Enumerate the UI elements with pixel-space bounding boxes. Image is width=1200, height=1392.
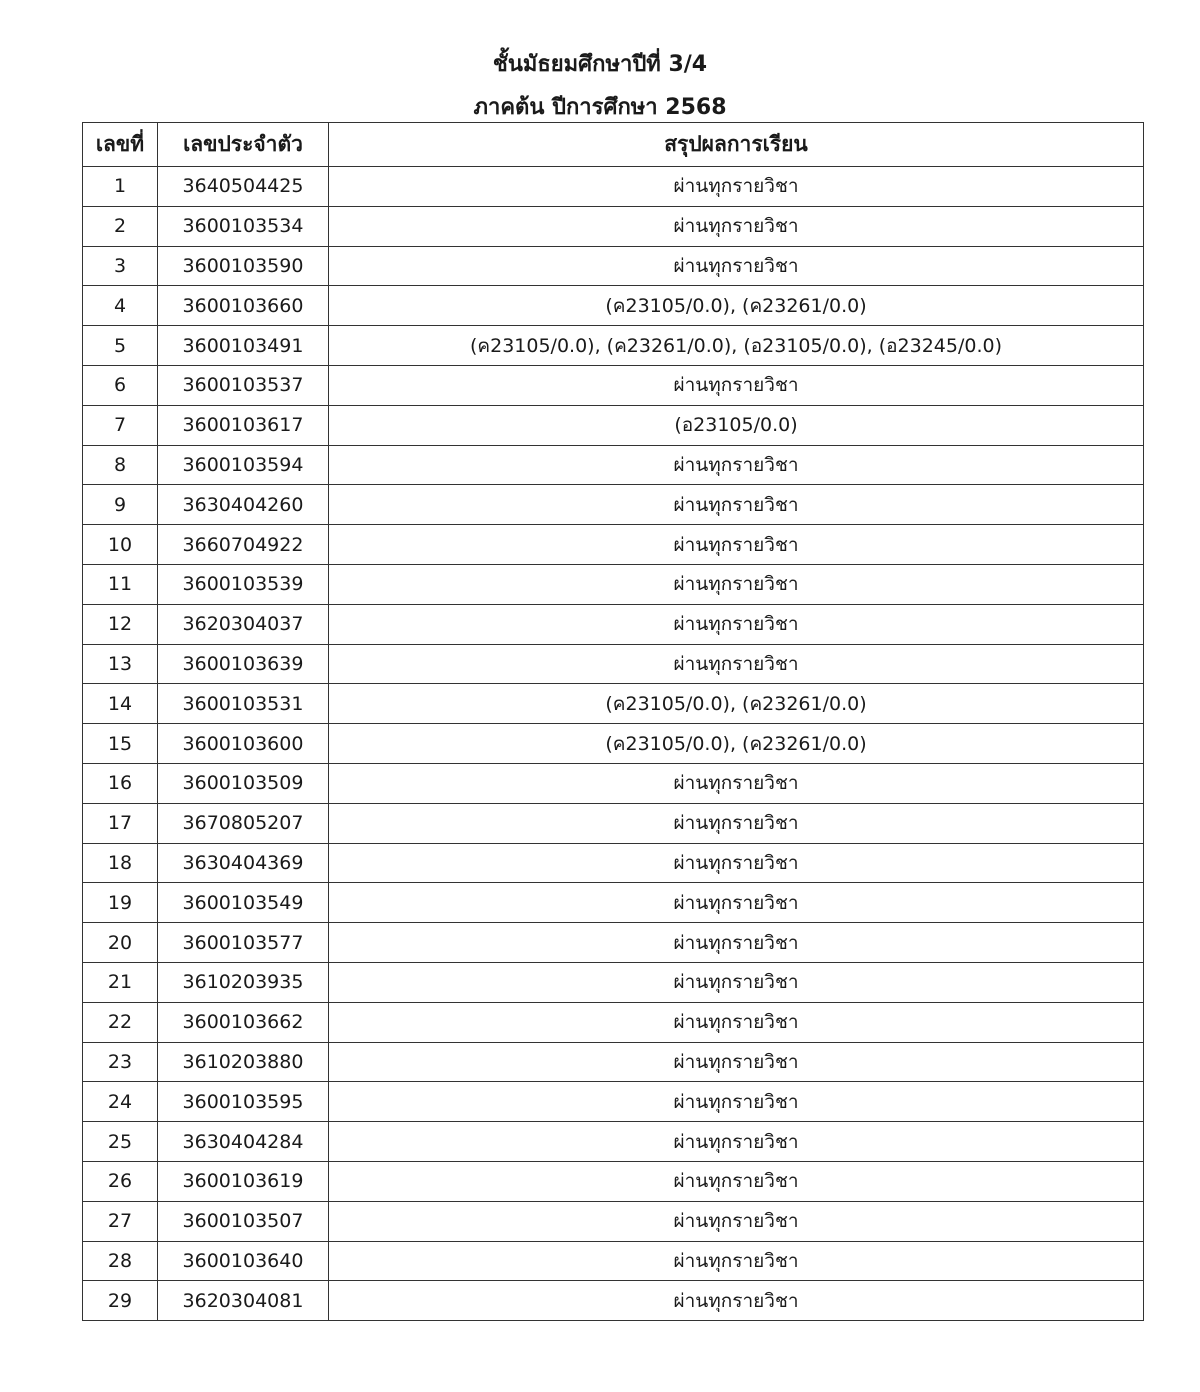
table-row: 203600103577ผ่านทุกรายวิชา	[83, 923, 1144, 963]
table-row: 113600103539ผ่านทุกรายวิชา	[83, 564, 1144, 604]
cell-number: 14	[83, 684, 158, 724]
table-row: 73600103617(อ23105/0.0)	[83, 405, 1144, 445]
cell-number: 27	[83, 1201, 158, 1241]
cell-number: 15	[83, 724, 158, 764]
cell-student-id: 3610203880	[158, 1042, 329, 1082]
cell-result-summary: ผ่านทุกรายวิชา	[329, 923, 1144, 963]
cell-number: 21	[83, 962, 158, 1002]
cell-student-id: 3630404369	[158, 843, 329, 883]
cell-student-id: 3640504425	[158, 167, 329, 207]
cell-student-id: 3600103662	[158, 1002, 329, 1042]
cell-student-id: 3670805207	[158, 803, 329, 843]
cell-student-id: 3600103491	[158, 326, 329, 366]
cell-result-summary: ผ่านทุกรายวิชา	[329, 803, 1144, 843]
cell-result-summary: ผ่านทุกรายวิชา	[329, 525, 1144, 565]
cell-student-id: 3600103594	[158, 445, 329, 485]
cell-number: 24	[83, 1082, 158, 1122]
cell-number: 7	[83, 405, 158, 445]
cell-result-summary: ผ่านทุกรายวิชา	[329, 1241, 1144, 1281]
cell-number: 9	[83, 485, 158, 525]
cell-number: 20	[83, 923, 158, 963]
table-row: 43600103660(ค23105/0.0), (ค23261/0.0)	[83, 286, 1144, 326]
cell-number: 12	[83, 604, 158, 644]
cell-student-id: 3600103639	[158, 644, 329, 684]
table-row: 183630404369ผ่านทุกรายวิชา	[83, 843, 1144, 883]
table-row: 223600103662ผ่านทุกรายวิชา	[83, 1002, 1144, 1042]
cell-result-summary: (อ23105/0.0)	[329, 405, 1144, 445]
cell-result-summary: ผ่านทุกรายวิชา	[329, 763, 1144, 803]
table-row: 253630404284ผ่านทุกรายวิชา	[83, 1122, 1144, 1162]
cell-result-summary: (ค23105/0.0), (ค23261/0.0)	[329, 684, 1144, 724]
cell-student-id: 3630404260	[158, 485, 329, 525]
cell-number: 29	[83, 1281, 158, 1321]
cell-student-id: 3600103590	[158, 246, 329, 286]
table-row: 273600103507ผ่านทุกรายวิชา	[83, 1201, 1144, 1241]
cell-number: 6	[83, 365, 158, 405]
cell-result-summary: ผ่านทุกรายวิชา	[329, 1201, 1144, 1241]
cell-result-summary: ผ่านทุกรายวิชา	[329, 1281, 1144, 1321]
table-row: 103660704922ผ่านทุกรายวิชา	[83, 525, 1144, 565]
table-row: 173670805207ผ่านทุกรายวิชา	[83, 803, 1144, 843]
cell-result-summary: ผ่านทุกรายวิชา	[329, 206, 1144, 246]
table-row: 293620304081ผ่านทุกรายวิชา	[83, 1281, 1144, 1321]
cell-result-summary: (ค23105/0.0), (ค23261/0.0)	[329, 724, 1144, 764]
cell-student-id: 3600103595	[158, 1082, 329, 1122]
cell-student-id: 3600103617	[158, 405, 329, 445]
header-student-id: เลขประจำตัว	[158, 123, 329, 167]
table-row: 123620304037ผ่านทุกรายวิชา	[83, 604, 1144, 644]
cell-result-summary: ผ่านทุกรายวิชา	[329, 843, 1144, 883]
cell-number: 10	[83, 525, 158, 565]
table-row: 93630404260ผ่านทุกรายวิชา	[83, 485, 1144, 525]
cell-result-summary: ผ่านทุกรายวิชา	[329, 485, 1144, 525]
table-row: 133600103639ผ่านทุกรายวิชา	[83, 644, 1144, 684]
cell-student-id: 3660704922	[158, 525, 329, 565]
cell-result-summary: ผ่านทุกรายวิชา	[329, 445, 1144, 485]
cell-student-id: 3630404284	[158, 1122, 329, 1162]
table-row: 53600103491(ค23105/0.0), (ค23261/0.0), (…	[83, 326, 1144, 366]
document-subtitle: ภาคต้น ปีการศึกษา 2568	[0, 89, 1200, 124]
cell-number: 23	[83, 1042, 158, 1082]
document-title: ชั้นมัธยมศึกษาปีที่ 3/4	[0, 46, 1200, 81]
cell-number: 3	[83, 246, 158, 286]
cell-result-summary: ผ่านทุกรายวิชา	[329, 1042, 1144, 1082]
cell-result-summary: ผ่านทุกรายวิชา	[329, 1082, 1144, 1122]
table-row: 143600103531(ค23105/0.0), (ค23261/0.0)	[83, 684, 1144, 724]
header-number: เลขที่	[83, 123, 158, 167]
cell-number: 5	[83, 326, 158, 366]
cell-student-id: 3600103531	[158, 684, 329, 724]
cell-number: 13	[83, 644, 158, 684]
cell-student-id: 3600103640	[158, 1241, 329, 1281]
cell-number: 4	[83, 286, 158, 326]
cell-result-summary: ผ่านทุกรายวิชา	[329, 1002, 1144, 1042]
cell-student-id: 3600103549	[158, 883, 329, 923]
cell-result-summary: ผ่านทุกรายวิชา	[329, 564, 1144, 604]
cell-result-summary: ผ่านทุกรายวิชา	[329, 604, 1144, 644]
cell-number: 11	[83, 564, 158, 604]
table-row: 263600103619ผ่านทุกรายวิชา	[83, 1161, 1144, 1201]
header-row: เลขที่ เลขประจำตัว สรุปผลการเรียน	[83, 123, 1144, 167]
cell-result-summary: ผ่านทุกรายวิชา	[329, 365, 1144, 405]
cell-number: 19	[83, 883, 158, 923]
cell-student-id: 3600103537	[158, 365, 329, 405]
cell-student-id: 3600103534	[158, 206, 329, 246]
cell-result-summary: ผ่านทุกรายวิชา	[329, 1122, 1144, 1162]
cell-student-id: 3620304037	[158, 604, 329, 644]
cell-result-summary: ผ่านทุกรายวิชา	[329, 962, 1144, 1002]
table-row: 63600103537ผ่านทุกรายวิชา	[83, 365, 1144, 405]
cell-number: 1	[83, 167, 158, 207]
cell-student-id: 3600103660	[158, 286, 329, 326]
table-row: 233610203880ผ่านทุกรายวิชา	[83, 1042, 1144, 1082]
cell-result-summary: ผ่านทุกรายวิชา	[329, 883, 1144, 923]
table-row: 213610203935ผ่านทุกรายวิชา	[83, 962, 1144, 1002]
table-row: 283600103640ผ่านทุกรายวิชา	[83, 1241, 1144, 1281]
cell-result-summary: (ค23105/0.0), (ค23261/0.0), (อ23105/0.0)…	[329, 326, 1144, 366]
table-row: 193600103549ผ่านทุกรายวิชา	[83, 883, 1144, 923]
cell-student-id: 3600103509	[158, 763, 329, 803]
table-row: 243600103595ผ่านทุกรายวิชา	[83, 1082, 1144, 1122]
results-table: เลขที่ เลขประจำตัว สรุปผลการเรียน 136405…	[82, 122, 1144, 1321]
cell-result-summary: ผ่านทุกรายวิชา	[329, 644, 1144, 684]
cell-number: 16	[83, 763, 158, 803]
cell-student-id: 3620304081	[158, 1281, 329, 1321]
cell-result-summary: ผ่านทุกรายวิชา	[329, 167, 1144, 207]
header-result-summary: สรุปผลการเรียน	[329, 123, 1144, 167]
cell-number: 17	[83, 803, 158, 843]
cell-number: 26	[83, 1161, 158, 1201]
cell-student-id: 3610203935	[158, 962, 329, 1002]
cell-student-id: 3600103577	[158, 923, 329, 963]
cell-student-id: 3600103619	[158, 1161, 329, 1201]
table-row: 153600103600(ค23105/0.0), (ค23261/0.0)	[83, 724, 1144, 764]
cell-number: 2	[83, 206, 158, 246]
cell-result-summary: ผ่านทุกรายวิชา	[329, 246, 1144, 286]
table-row: 163600103509ผ่านทุกรายวิชา	[83, 763, 1144, 803]
cell-result-summary: (ค23105/0.0), (ค23261/0.0)	[329, 286, 1144, 326]
cell-number: 22	[83, 1002, 158, 1042]
cell-number: 8	[83, 445, 158, 485]
cell-student-id: 3600103507	[158, 1201, 329, 1241]
cell-number: 28	[83, 1241, 158, 1281]
table-row: 83600103594ผ่านทุกรายวิชา	[83, 445, 1144, 485]
cell-number: 25	[83, 1122, 158, 1162]
table-row: 23600103534ผ่านทุกรายวิชา	[83, 206, 1144, 246]
table-row: 13640504425ผ่านทุกรายวิชา	[83, 167, 1144, 207]
cell-student-id: 3600103539	[158, 564, 329, 604]
table-row: 33600103590ผ่านทุกรายวิชา	[83, 246, 1144, 286]
cell-student-id: 3600103600	[158, 724, 329, 764]
cell-result-summary: ผ่านทุกรายวิชา	[329, 1161, 1144, 1201]
cell-number: 18	[83, 843, 158, 883]
